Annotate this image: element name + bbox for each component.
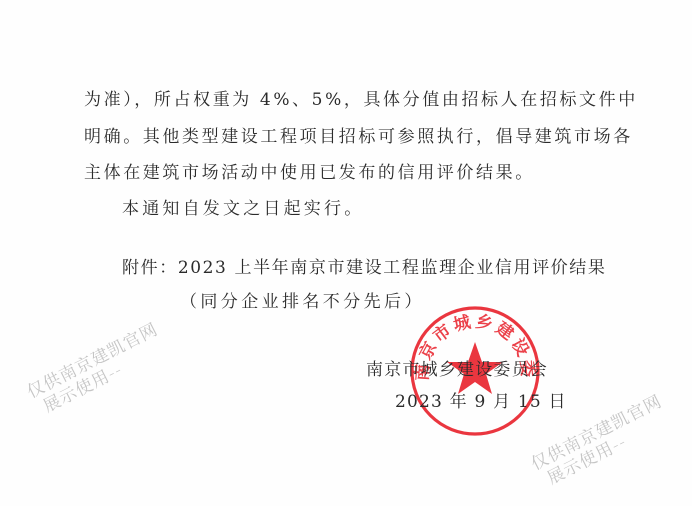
watermark: 仅供南京建凯官网 展示使用--: [24, 320, 170, 421]
document-page: 为准），所占权重为 4%、5%，具体分值由招标人在招标文件中 明确。其他类型建设…: [0, 0, 692, 506]
paragraph-line-1: 为准），所占权重为 4%、5%，具体分值由招标人在招标文件中: [84, 85, 638, 110]
paragraph-line-2: 明确。其他类型建设工程项目招标可参照执行，倡导建筑市场各: [84, 122, 633, 147]
attachment-label: 附件：: [122, 258, 178, 278]
issue-date: 2023 年 9 月 15 日: [395, 387, 567, 412]
paragraph-line-3: 主体在建筑市场活动中使用已发布的信用评价结果。: [84, 158, 535, 183]
issuer-name: 南京市城乡建设委员会: [366, 355, 548, 380]
attachment-line: 附件：2023 上半年南京市建设工程监理企业信用评价结果: [122, 253, 606, 278]
attachment-title: 2023 上半年南京市建设工程监理企业信用评价结果: [178, 258, 607, 278]
attachment-note: （同分企业排名不分先后）: [180, 287, 425, 312]
effective-notice: 本通知自发文之日起实行。: [122, 194, 364, 219]
